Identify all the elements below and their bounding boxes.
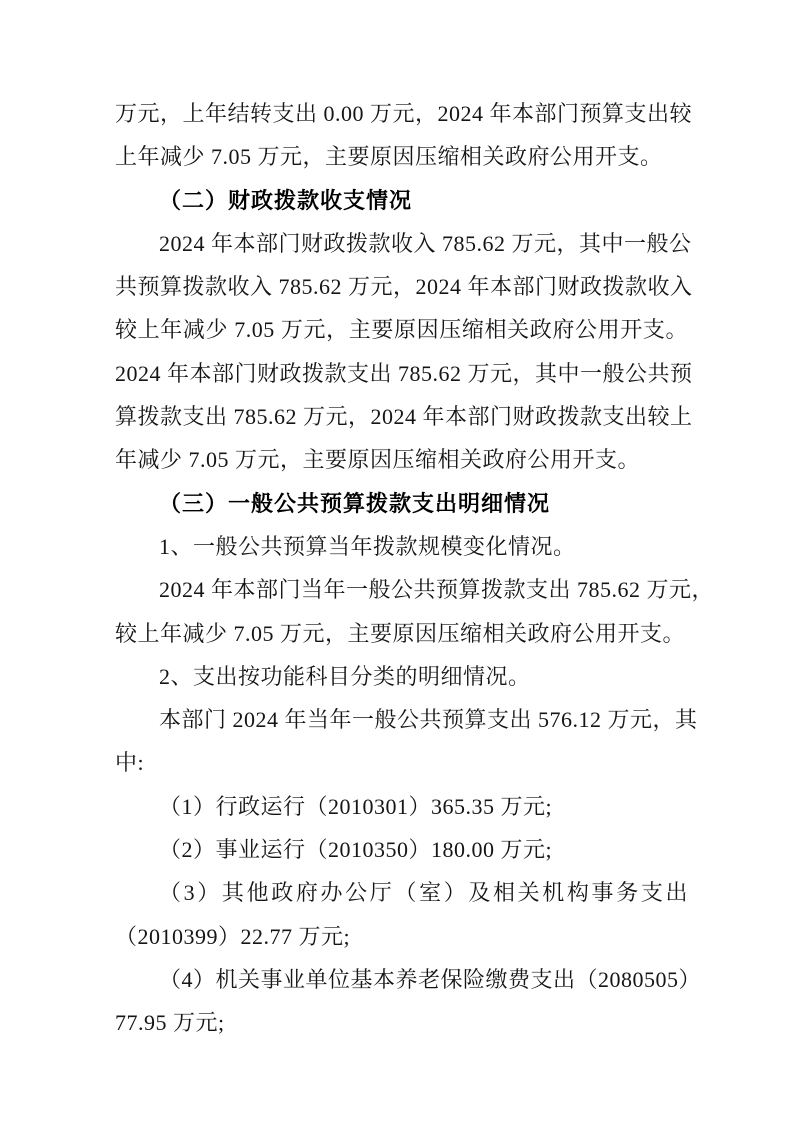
text-line: 2024 年本部门当年一般公共预算拨款支出 785.62 万元， [115,568,688,611]
budget-item-2: （2）事业运行（2010350）180.00 万元; [115,828,688,871]
text-line: 2024 年本部门财政拨款收入 785.62 万元，其中一般公 [115,222,688,265]
section-heading-2: （二）财政拨款收支情况 [115,179,688,222]
list-item-2-title: 2、支出按功能科目分类的明细情况。 [115,655,688,698]
budget-item-4-cont: 77.95 万元; [115,1001,688,1044]
text-line: 较上年减少 7.05 万元，主要原因压缩相关政府公用开支。 [115,308,688,351]
text-line: 上年减少 7.05 万元，主要原因压缩相关政府公用开支。 [115,135,688,178]
text-line: 算拨款支出 785.62 万元，2024 年本部门财政拨款支出较上 [115,395,688,438]
budget-item-3: （3）其他政府办公厅（室）及相关机构事务支出 [115,871,688,914]
budget-item-3-cont: （2010399）22.77 万元; [115,915,688,958]
section-heading-3: （三）一般公共预算拨款支出明细情况 [115,482,688,525]
text-line: 共预算拨款收入 785.62 万元，2024 年本部门财政拨款收入 [115,265,688,308]
text-line: 本部门 2024 年当年一般公共预算支出 576.12 万元，其 [115,698,688,741]
budget-item-1: （1）行政运行（2010301）365.35 万元; [115,785,688,828]
text-line: 中: [115,741,688,784]
text-line: 年减少 7.05 万元，主要原因压缩相关政府公用开支。 [115,438,688,481]
text-line: 万元，上年结转支出 0.00 万元，2024 年本部门预算支出较 [115,92,688,135]
text-column: 万元，上年结转支出 0.00 万元，2024 年本部门预算支出较 上年减少 7.… [115,92,688,1045]
document-page: 万元，上年结转支出 0.00 万元，2024 年本部门预算支出较 上年减少 7.… [0,0,793,1122]
text-line: 2024 年本部门财政拨款支出 785.62 万元，其中一般公共预 [115,352,688,395]
budget-item-4: （4）机关事业单位基本养老保险缴费支出（2080505） [115,958,688,1001]
text-line: 较上年减少 7.05 万元，主要原因压缩相关政府公用开支。 [115,612,688,655]
list-item-1-title: 1、一般公共预算当年拨款规模变化情况。 [115,525,688,568]
